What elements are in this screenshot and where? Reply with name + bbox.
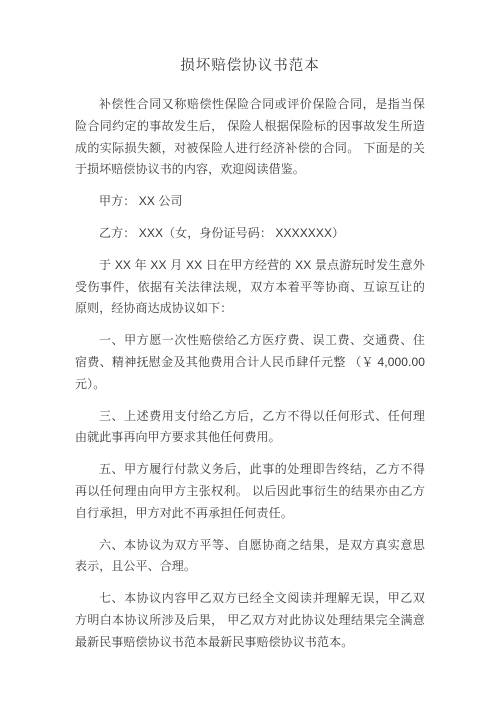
paragraph-party-b: 乙方： XXX（女，身份证号码： XXXXXXX） xyxy=(75,223,425,245)
paragraph-party-a: 甲方： XX 公司 xyxy=(75,191,425,213)
paragraph-clause-5: 五、甲方履行付款义务后，此事的处理即告终结，乙方不得再以任何理由向甲方主张权利。… xyxy=(75,459,425,524)
document-page: 损坏赔偿协议书范本 补偿性合同又称赔偿性保险合同或评价保险合同，是指当保险合同约… xyxy=(0,0,500,708)
paragraph-clause-6: 六、本协议为双方平等、自愿协商之结果，是双方真实意思表示，且公平、合理。 xyxy=(75,535,425,579)
document-title: 损坏赔偿协议书范本 xyxy=(75,54,425,78)
paragraph-clause-3: 三、上述费用支付给乙方后，乙方不得以任何形式、任何理由就此事再向甲方要求其他任何… xyxy=(75,406,425,450)
paragraph-intro: 补偿性合同又称赔偿性保险合同或评价保险合同，是指当保险合同约定的事故发生后， 保… xyxy=(75,94,425,181)
paragraph-clause-7: 七、本协议内容甲乙双方已经全文阅读并理解无误，甲乙双方明白本协议所涉及后果， 甲… xyxy=(75,588,425,653)
paragraph-clause-1: 一、甲方愿一次性赔偿给乙方医疗费、误工费、交通费、住宿费、精神抚慰金及其他费用合… xyxy=(75,330,425,395)
paragraph-background: 于 XX 年 XX 月 XX 日在甲方经营的 XX 景点游玩时发生意外受伤事件，… xyxy=(75,255,425,320)
